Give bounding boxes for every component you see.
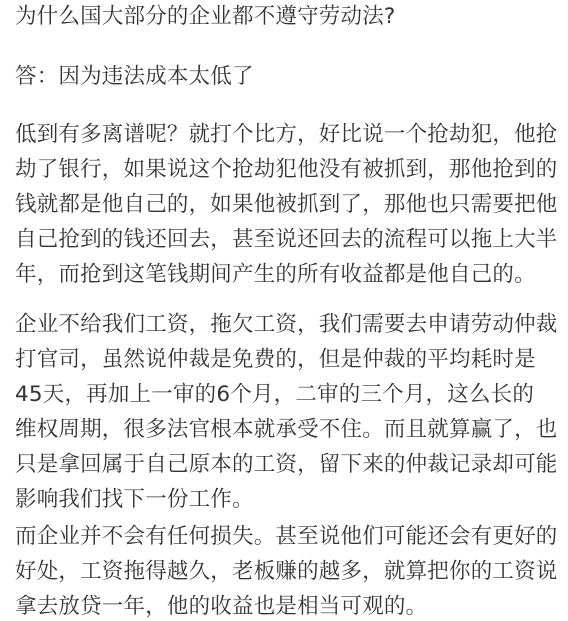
text-line: 45天，再加上一审的6个月，二审的三个月，这么长的 [15, 381, 534, 409]
text-line: 只是拿回属于自己原本的工资，留下来的仲裁记录却可能 [15, 451, 558, 479]
text-line: 拿去放贷一年，他的收益也是相当可观的。 [15, 593, 427, 621]
text-line: 而企业并不会有任何损失。甚至说他们可能还会有更好的 [15, 523, 558, 551]
text-line: 劫了银行，如果说这个抢劫犯他没有被抓到，那他抢到的 [15, 156, 558, 184]
text-line: 低到有多离谱呢？就打个比方，好比说一个抢劫犯，他抢 [15, 121, 558, 149]
document: 为什么国大部分的企业都不遵守劳动法? 答：因为违法成本太低了 低到有多离谱呢？就… [0, 0, 568, 621]
question-heading: 为什么国大部分的企业都不遵守劳动法? [15, 3, 396, 31]
text-line: 企业不给我们工资，拖欠工资，我们需要去申请劳动仲裁 [15, 311, 558, 339]
text-line: 好处，工资拖得越久，老板赚的越多，就算把你的工资说 [15, 558, 558, 586]
text-line: 自己抢到的钱还回去，甚至说还回去的流程可以拖上大半 [15, 226, 558, 254]
text-line: 维权周期，很多法官根本就承受不住。而且就算赢了，也 [15, 416, 558, 444]
text-line: 打官司，虽然说仲裁是免费的，但是仲裁的平均耗时是 [15, 346, 536, 374]
answer-line: 答：因为违法成本太低了 [15, 63, 254, 91]
text-line: 钱就都是他自己的，如果他被抓到了，那他也只需要把他 [15, 191, 558, 219]
text-line: 影响我们找下一份工作。 [15, 486, 254, 514]
text-line: 年，而抢到这笔钱期间产生的所有收益都是他自己的。 [15, 261, 536, 289]
